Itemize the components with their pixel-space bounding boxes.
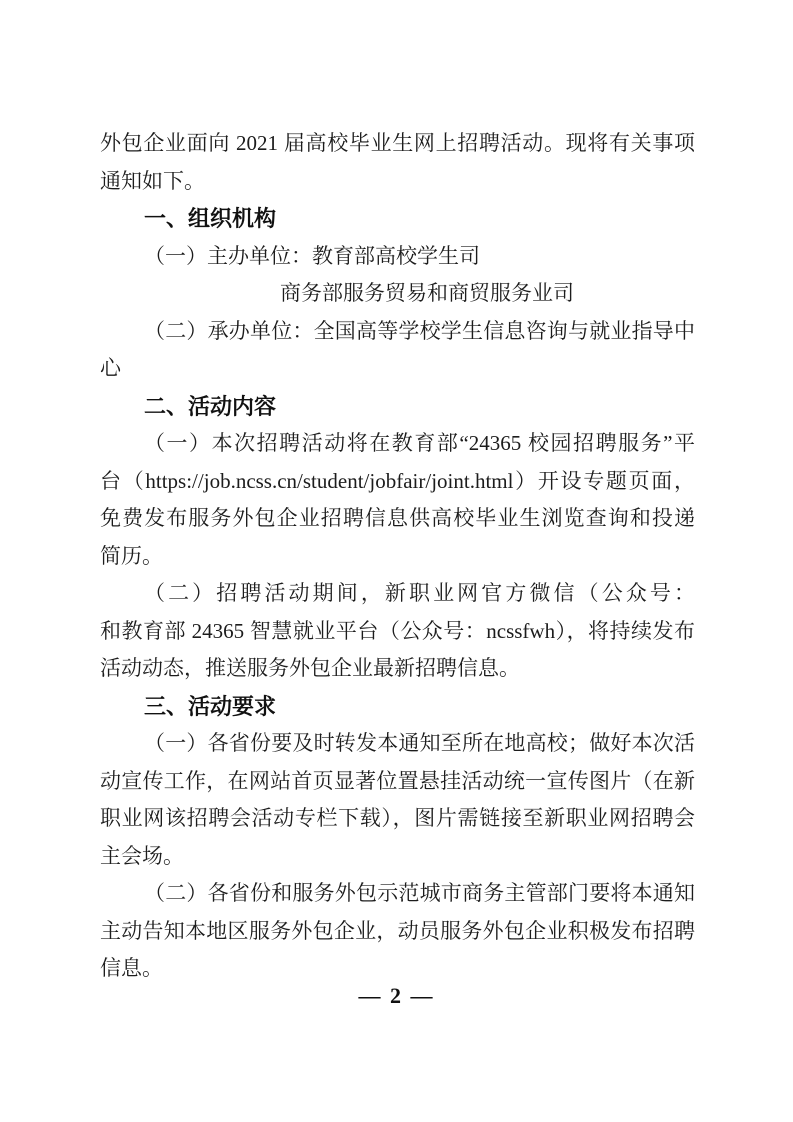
body-line-host-unit: （一）主办单位：教育部高校学生司 [100,238,695,276]
document-page: 外包企业面向 2021 届高校毕业生网上招聘活动。现将有关事项 通知如下。 一、… [0,0,793,1122]
body-line-wechat-account: （二）招聘活动期间，新职业网官方微信（公众号：ncssweb） [100,575,695,613]
section-heading-activity-requirements: 三、活动要求 [100,688,695,726]
body-line: 活动动态，推送服务外包企业最新招聘信息。 [100,650,695,688]
body-line: 简历。 [100,538,695,576]
body-line: （一）各省份要及时转发本通知至所在地高校；做好本次活 [100,725,695,763]
body-line: 信息。 [100,950,695,988]
section-heading-activity-content: 二、活动内容 [100,388,695,426]
body-line-host-unit-2: 商务部服务贸易和商贸服务业司 [100,275,695,313]
intro-line: 通知如下。 [100,163,695,201]
body-line-platform-account: 和教育部 24365 智慧就业平台（公众号：ncssfwh），将持续发布 [100,613,695,651]
body-line-platform-url: 台（https://job.ncss.cn/student/jobfair/jo… [100,463,695,501]
body-line: （一）本次招聘活动将在教育部“24365 校园招聘服务”平 [100,425,695,463]
intro-line: 外包企业面向 2021 届高校毕业生网上招聘活动。现将有关事项 [100,125,695,163]
body-line-organizer-unit: （二）承办单位：全国高等学校学生信息咨询与就业指导中 [100,313,695,351]
section-heading-organization: 一、组织机构 [100,200,695,238]
body-line-organizer-unit-wrap: 心 [100,350,695,388]
text-block: 外包企业面向 2021 届高校毕业生网上招聘活动。现将有关事项 通知如下。 一、… [100,125,695,988]
page-number: — 2 — [0,983,793,1009]
body-line: 主动告知本地区服务外包企业，动员服务外包企业积极发布招聘 [100,913,695,951]
body-line: 免费发布服务外包企业招聘信息供高校毕业生浏览查询和投递 [100,500,695,538]
body-line: 主会场。 [100,838,695,876]
body-line: 职业网该招聘会活动专栏下载），图片需链接至新职业网招聘会 [100,800,695,838]
body-line: （二）各省份和服务外包示范城市商务主管部门要将本通知 [100,875,695,913]
body-line: 动宣传工作，在网站首页显著位置悬挂活动统一宣传图片（在新 [100,763,695,801]
